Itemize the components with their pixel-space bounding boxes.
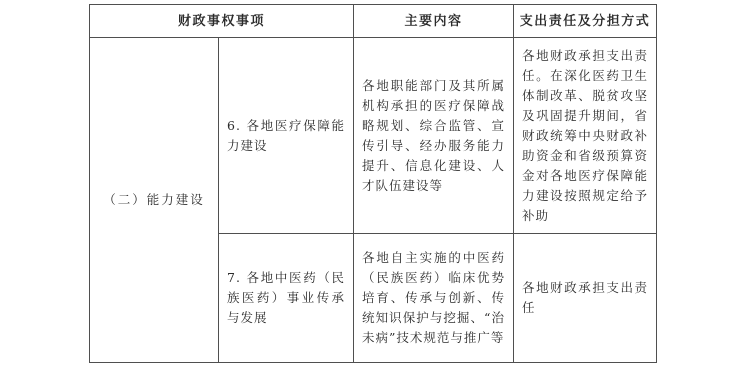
responsibility-cell-medical-security-capacity: 各地财政承担支出责任。在深化医药卫生体制改革、脱贫攻坚及巩固提升期间，省财政统筹…: [514, 38, 657, 234]
fiscal-responsibility-table: 财政事权事项 主要内容 支出责任及分担方式 （二）能力建设 6. 各地医疗保障能…: [89, 4, 657, 363]
item-cell-medical-security-capacity: 6. 各地医疗保障能力建设: [219, 38, 354, 234]
header-fiscal-matters: 财政事权事项: [90, 5, 354, 38]
header-main-content: 主要内容: [354, 5, 514, 38]
header-expenditure-responsibility: 支出责任及分担方式: [514, 5, 657, 38]
content-cell-medical-security-capacity: 各地职能部门及其所属机构承担的医疗保障战略规划、综合监管、宣传引导、经办服务能力…: [354, 38, 514, 234]
header-row: 财政事权事项 主要内容 支出责任及分担方式: [90, 5, 657, 38]
document-page: 财政事权事项 主要内容 支出责任及分担方式 （二）能力建设 6. 各地医疗保障能…: [0, 0, 744, 368]
responsibility-cell-tcm-heritage: 各地财政承担支出责任: [514, 234, 657, 363]
category-cell-capacity-building: （二）能力建设: [90, 38, 219, 363]
content-cell-tcm-heritage: 各地自主实施的中医药（民族医药）临床优势培育、传承与创新、传统知识保护与挖掘、“…: [354, 234, 514, 363]
item-cell-tcm-heritage: 7. 各地中医药（民族医药）事业传承与发展: [219, 234, 354, 363]
table-row-item-6: （二）能力建设 6. 各地医疗保障能力建设 各地职能部门及其所属机构承担的医疗保…: [90, 38, 657, 234]
